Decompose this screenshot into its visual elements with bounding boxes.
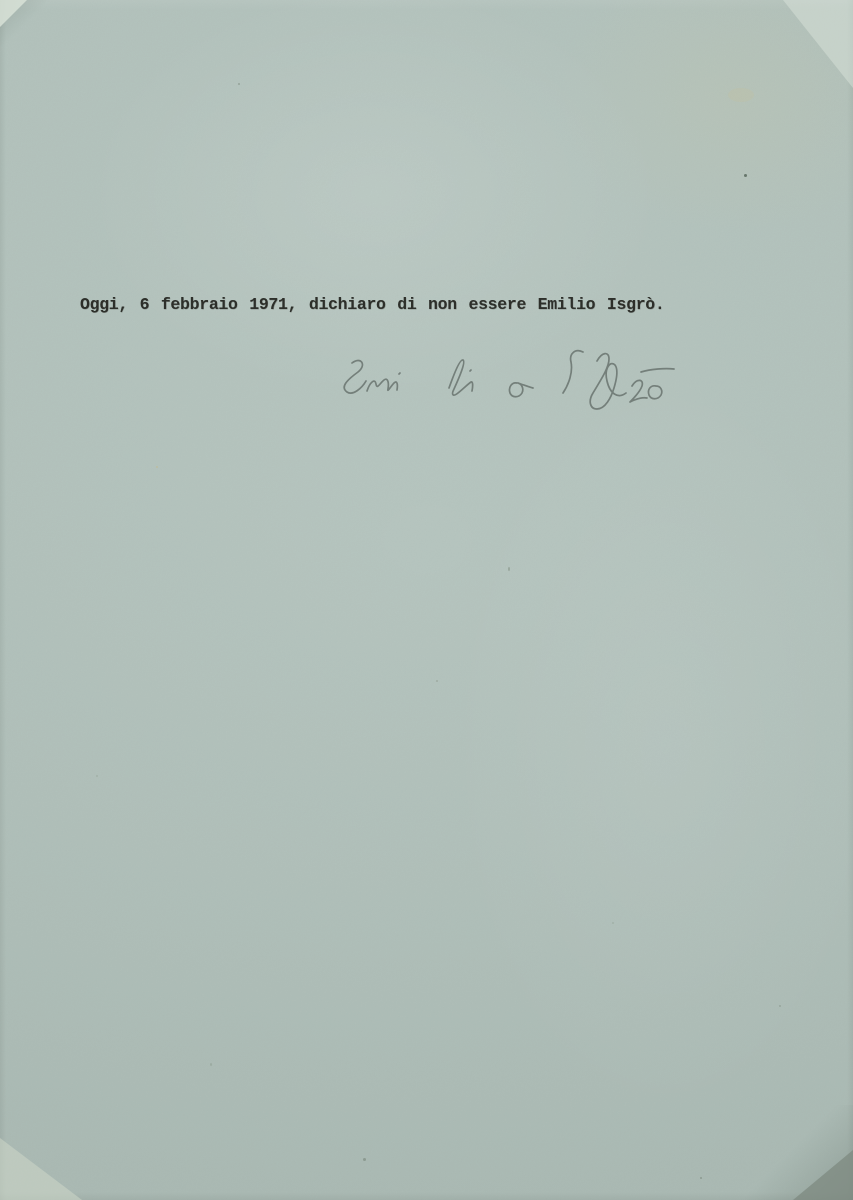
paper-sheet: Oggi, 6 febbraio 1971, dichiaro di non e…	[0, 0, 853, 1200]
paper-grain-texture	[0, 0, 853, 1200]
typed-declaration-text: Oggi, 6 febbraio 1971, dichiaro di non e…	[80, 295, 665, 314]
